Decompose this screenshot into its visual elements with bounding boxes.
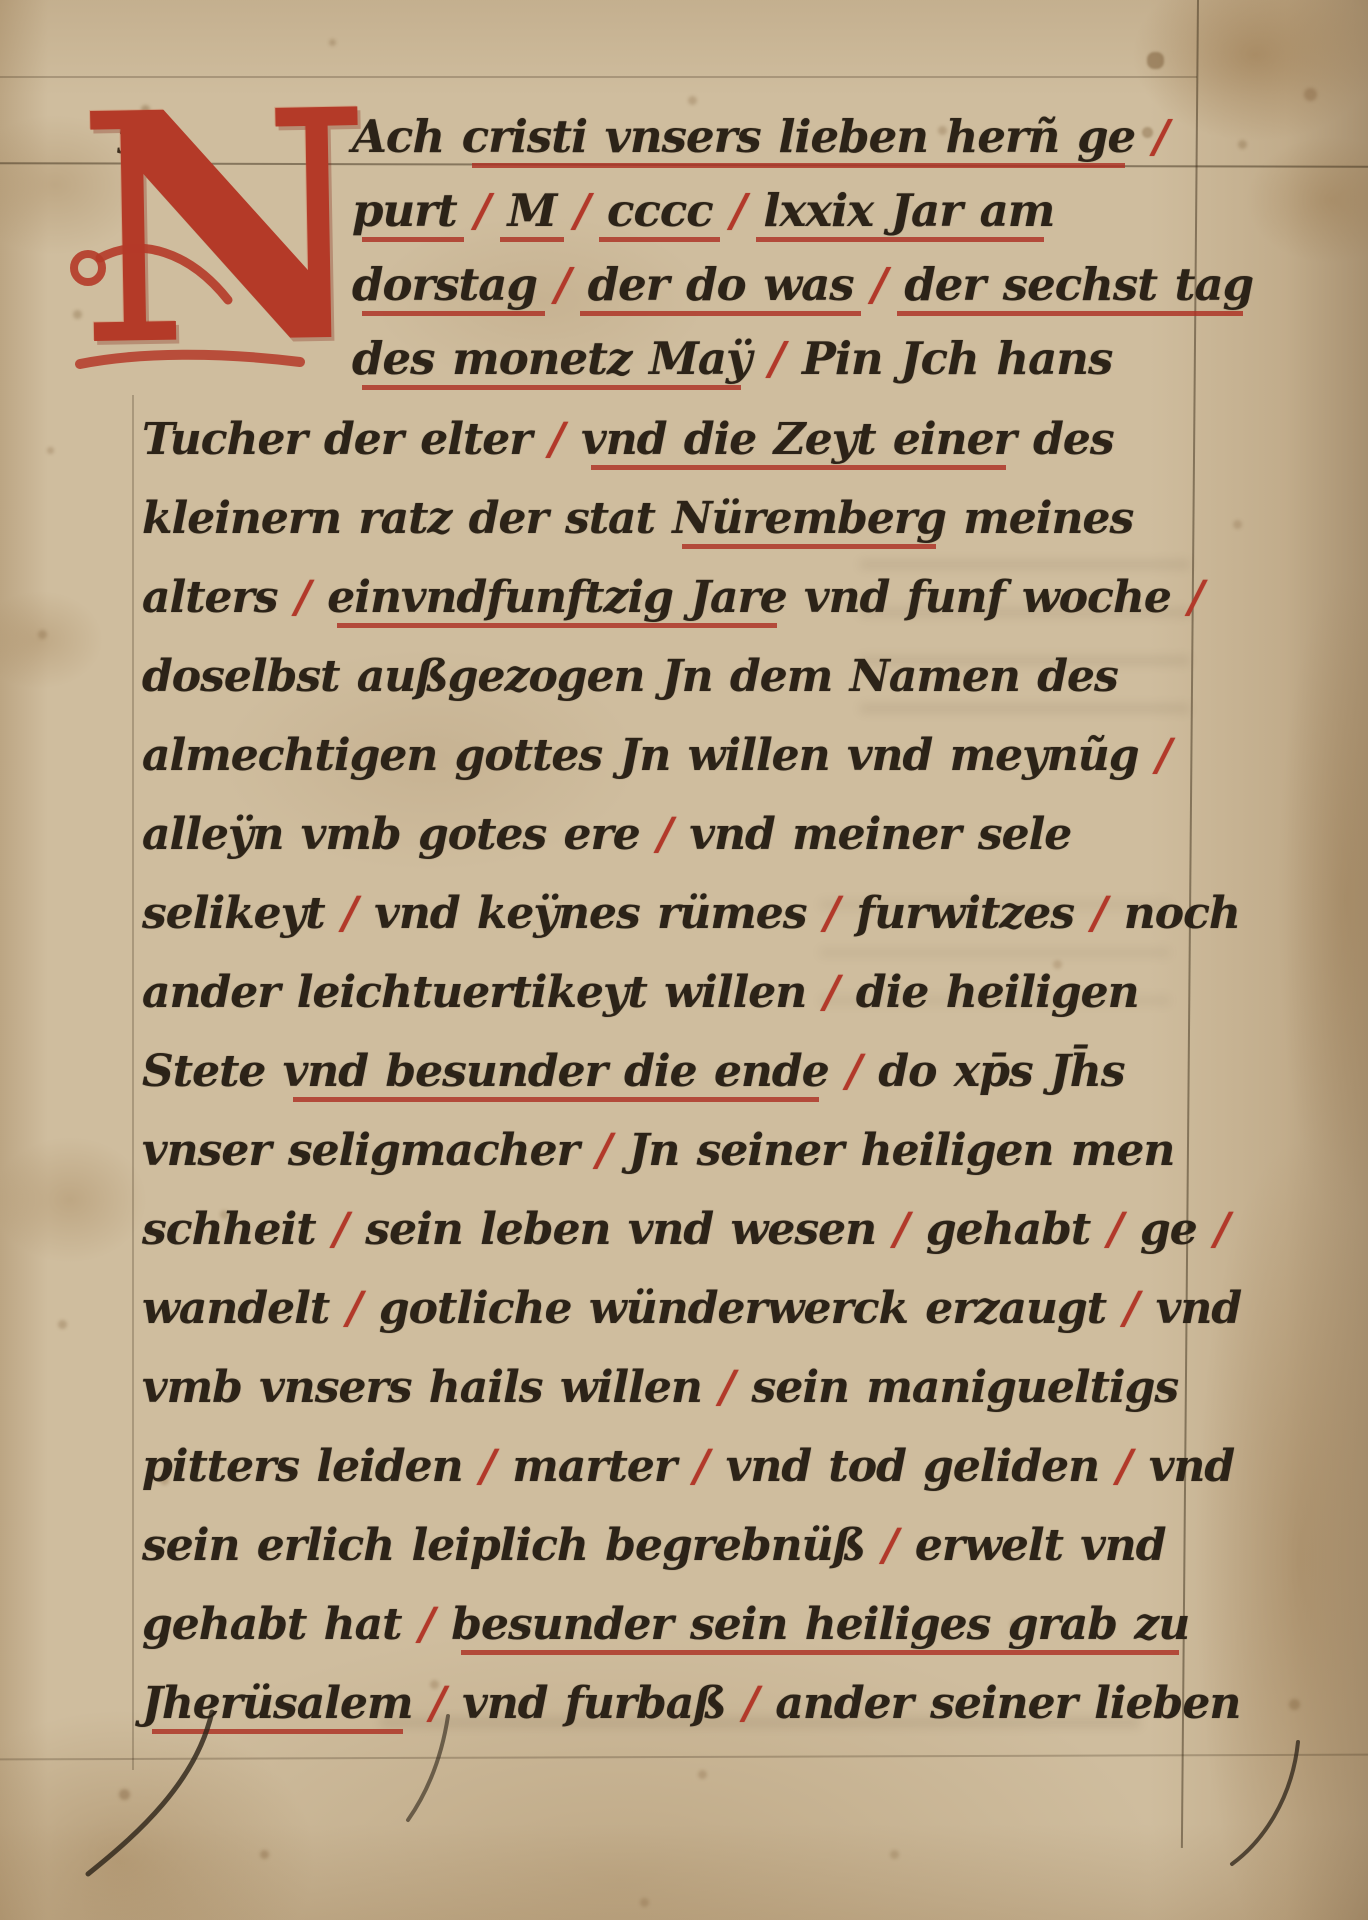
text-segment [310, 572, 327, 623]
rubric-virgule: / [824, 967, 839, 1018]
manuscript-page: 3 N Ach cristi vnsers lieben herñ ge /pu… [0, 0, 1368, 1920]
rubric-virgule: / [1214, 1204, 1229, 1255]
text-segment: vmb vnsers hails willen [142, 1362, 719, 1413]
text-segment: vnd furbaß [462, 1678, 743, 1729]
rubric-virgule: / [657, 809, 672, 860]
text-segment: gehabt hat [142, 1599, 419, 1650]
rubric-virgule: / [347, 1283, 362, 1334]
text-line: selikeyt / vnd keÿnes rümes / furwitzes … [142, 874, 1202, 953]
rubric-virgule: / [333, 1204, 348, 1255]
text-line: vmb vnsers hails willen / sein maniguelt… [142, 1348, 1202, 1427]
text-segment: Nüremberg [672, 493, 946, 544]
rubric-virgule: / [1135, 110, 1168, 163]
text-segment: ge [1123, 1204, 1214, 1255]
ruling-vertical-left [132, 395, 134, 1770]
text-segment: schheit [142, 1204, 333, 1255]
text-segment: die heiligen [839, 967, 1139, 1018]
text-segment: vnd keÿnes rümes [357, 888, 824, 939]
text-line: Tucher der elter / vnd die Zeyt einer de… [142, 400, 1202, 479]
text-segment [564, 414, 581, 465]
text-segment: purt [352, 184, 474, 237]
rubric-virgule: / [1188, 572, 1203, 623]
initial-letter-N: N [76, 96, 375, 360]
text-line: doselbst außgezogen Jn dem Namen des [142, 637, 1202, 716]
text-segment: besunder sein heiliges grab zu [451, 1599, 1189, 1650]
text-segment: des [1016, 414, 1114, 465]
text-segment: einvndfunftzig Jare [327, 572, 786, 623]
text-segment: selikeyt [142, 888, 342, 939]
ruling-horizontal-bottom [0, 1754, 1368, 1761]
rubric-virgule: / [824, 888, 839, 939]
rubric-virgule: / [1091, 888, 1106, 939]
rubric-virgule: / [1116, 1441, 1131, 1492]
text-segment: lxxix Jar am [746, 184, 1055, 237]
text-segment: alters [142, 572, 295, 623]
text-segment: noch [1106, 888, 1239, 939]
text-segment: vnd tod geliden [708, 1441, 1116, 1492]
text-segment: do xp̄s Jh̄s [878, 1046, 1124, 1097]
text-segment: vnd [1132, 1441, 1235, 1492]
text-segment: ander leichtuertikeyt willen [142, 967, 824, 1018]
main-text-block: Tucher der elter / vnd die Zeyt einer de… [142, 400, 1202, 1743]
text-segment: des monetz Maÿ [352, 332, 751, 385]
text-segment: erwelt vnd [898, 1520, 1166, 1571]
text-segment: sein erlich leiplich begrebnüß [142, 1520, 882, 1571]
rubric-virgule: / [480, 1441, 495, 1492]
text-line: gehabt hat / besunder sein heiliges grab… [142, 1585, 1202, 1664]
rubric-virgule: / [295, 572, 310, 623]
text-segment: furwitzes [839, 888, 1091, 939]
rubric-virgule: / [893, 1204, 908, 1255]
text-segment: pitters leiden [142, 1441, 480, 1492]
text-line: Ach cristi vnsers lieben herñ ge / [352, 100, 1252, 174]
rubric-virgule: / [1156, 730, 1171, 781]
text-segment: alleÿn vmb gotes ere [142, 809, 657, 860]
rubric-virgule: / [474, 184, 489, 237]
text-segment: Pin Jch hans [802, 332, 1112, 385]
rubric-virgule: / [743, 1678, 758, 1729]
rubric-virgule: / [882, 1520, 897, 1571]
text-line: pitters leiden / marter / vnd tod gelide… [142, 1427, 1202, 1506]
text-line: dorstag / der do was / der sechst tag [352, 248, 1252, 322]
opening-text-block: Ach cristi vnsers lieben herñ ge /purt /… [352, 100, 1252, 396]
text-line: alleÿn vmb gotes ere / vnd meiner sele [142, 795, 1202, 874]
text-segment: der sechst tag [887, 258, 1253, 311]
rubric-virgule: / [719, 1362, 734, 1413]
text-line: Stete vnd besunder die ende / do xp̄s Jh… [142, 1032, 1202, 1111]
text-line: almechtigen gottes Jn willen vnd meynũg … [142, 716, 1202, 795]
text-segment: M [490, 184, 574, 237]
text-segment: gehabt [909, 1204, 1108, 1255]
text-segment: vnd die Zeyt einer [581, 414, 1016, 465]
rubric-virgule: / [413, 1678, 463, 1729]
rubric-virgule: / [342, 888, 357, 939]
rubric-virgule: / [549, 414, 564, 465]
text-line: schheit / sein leben vnd wesen / gehabt … [142, 1190, 1202, 1269]
text-line: kleinern ratz der stat Nüremberg meines [142, 479, 1202, 558]
text-line: wandelt / gotliche wünderwerck erzaugt /… [142, 1269, 1202, 1348]
text-line: vnser seligmacher / Jn seiner heiligen m… [142, 1111, 1202, 1190]
text-segment: vnd funf woche [787, 572, 1188, 623]
text-segment: kleinern ratz der stat [142, 493, 672, 544]
text-line: purt / M / cccc / lxxix Jar am [352, 174, 1252, 248]
text-line: ander leichtuertikeyt willen / die heili… [142, 953, 1202, 1032]
text-segment: Tucher der elter [142, 414, 549, 465]
text-segment: cccc [589, 184, 730, 237]
text-segment: almechtigen gottes Jn willen vnd meynũg [142, 730, 1156, 781]
text-segment: marter [495, 1441, 693, 1492]
rubric-virgule: / [751, 332, 802, 385]
text-line: alters / einvndfunftzig Jare vnd funf wo… [142, 558, 1202, 637]
text-segment: wandelt [142, 1283, 347, 1334]
text-line: des monetz Maÿ / Pin Jch hans [352, 322, 1252, 396]
text-segment: dorstag [352, 258, 555, 311]
text-segment: Jn seiner heiligen men [611, 1125, 1174, 1176]
text-segment: Stete [142, 1046, 283, 1097]
text-segment: cristi vnsers lieben herñ ge [462, 110, 1135, 163]
text-segment: sein leben vnd wesen [348, 1204, 893, 1255]
rubric-virgule: / [596, 1125, 611, 1176]
text-segment: gotliche wünderwerck erzaugt [362, 1283, 1124, 1334]
rubric-virgule: / [419, 1599, 434, 1650]
rubric-virgule: / [730, 184, 745, 237]
rubric-virgule: / [1108, 1204, 1123, 1255]
rubric-virgule: / [871, 258, 886, 311]
text-line: sein erlich leiplich begrebnüß / erwelt … [142, 1506, 1202, 1585]
text-segment: sein manigueltigs [734, 1362, 1178, 1413]
text-segment: Jherüsalem [142, 1678, 413, 1729]
text-segment: der do was [570, 258, 871, 311]
text-line: Jherüsalem / vnd furbaß / ander seiner l… [142, 1664, 1202, 1743]
text-segment: meines [946, 493, 1133, 544]
text-segment: Ach [352, 110, 462, 163]
text-segment: ander seiner lieben [758, 1678, 1240, 1729]
text-segment: vnser seligmacher [142, 1125, 596, 1176]
rubric-virgule: / [1123, 1283, 1138, 1334]
rubric-virgule: / [829, 1046, 879, 1097]
text-segment: vnd besunder die ende [283, 1046, 829, 1097]
rubric-virgule: / [574, 184, 589, 237]
rubric-virgule: / [693, 1441, 708, 1492]
foxing-specks [0, 0, 5, 5]
text-segment: vnd [1138, 1283, 1241, 1334]
text-segment: vnd meiner sele [672, 809, 1071, 860]
text-segment: doselbst außgezogen Jn dem Namen des [142, 651, 1118, 702]
text-segment [434, 1599, 451, 1650]
rubric-virgule: / [555, 258, 570, 311]
